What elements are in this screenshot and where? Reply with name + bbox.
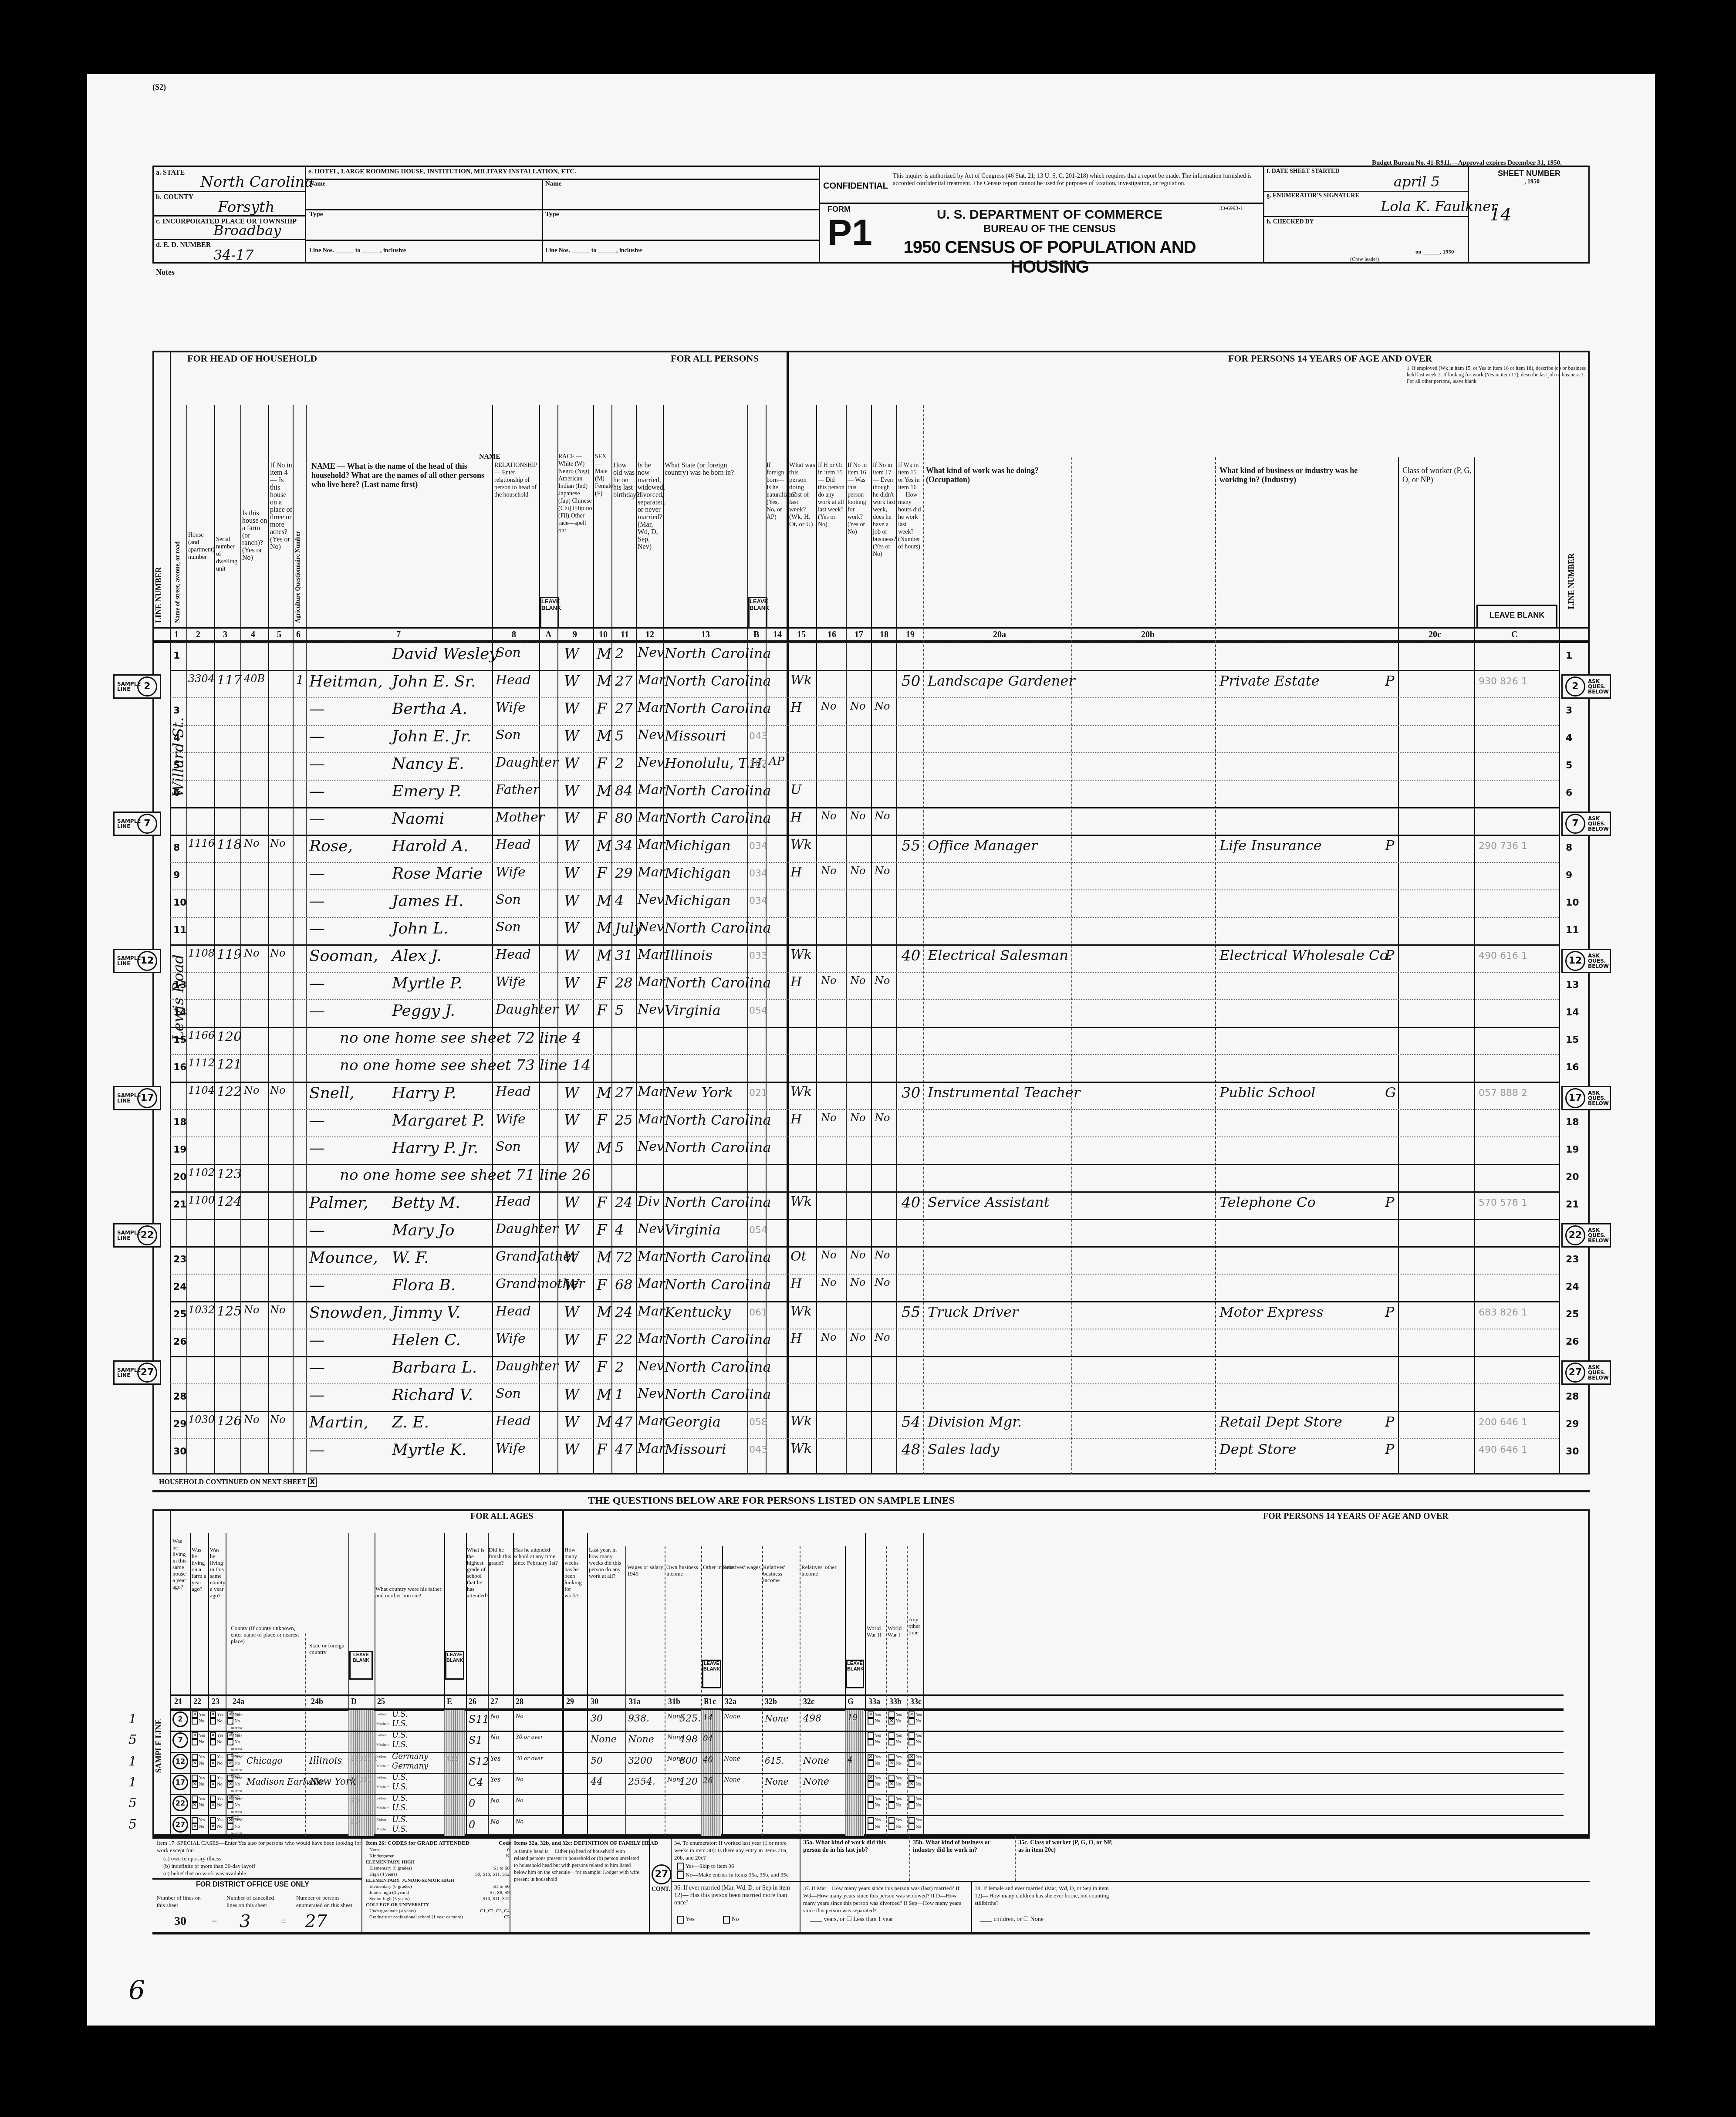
code-D: 33 210 [350,1776,372,1783]
q22-farm-yes-box[interactable] [210,1817,216,1823]
sheet-number: 14 [1489,205,1512,225]
q22-farm-yes-box[interactable] [210,1775,216,1781]
other-service-no-box[interactable] [909,1739,915,1745]
ww1-service[interactable]: Yes No [888,1732,902,1745]
sample-col-number: 31a [629,1697,641,1706]
line-number: 19 [173,1144,187,1155]
birthplace: Michigan [665,865,731,881]
sex: F [597,755,607,772]
finished-grade: No [490,1713,500,1720]
table-row: 16161112121no one home see sheet 73 line… [87,1054,1655,1082]
col-10-header: SEX — Male (M) Female (F) [595,453,611,497]
birthplace: North Carolina [665,974,771,991]
ww1-service[interactable]: Yes No [888,1817,902,1830]
line-number-right: 5 [1566,760,1572,771]
q38-answer-line[interactable]: ____ children, or ☐ None [980,1916,1044,1923]
column-number: 13 [701,630,710,640]
did-any-work: No [821,1249,836,1261]
q21-same-house-yes-box[interactable] [192,1796,198,1802]
q36-yes-option[interactable]: Yes [677,1916,694,1924]
on-farm: No [244,1304,259,1316]
sample-line-marker: SAMPLE LINE12 [113,949,161,973]
on-farm: No [244,1414,259,1426]
has-job: No [875,974,890,987]
other-service-yes-box[interactable] [909,1775,915,1781]
q36-no-option[interactable]: No [723,1916,739,1924]
q22-farm-no-box[interactable]: ✕ [210,1802,216,1809]
sample-line-circle: 27 [137,1363,157,1383]
q22-farm[interactable]: ✕ Yes No [210,1732,223,1745]
birthplace: Illinois [665,947,713,964]
q21-same-house-yes-box[interactable] [192,1754,198,1760]
q37-answer-line[interactable]: ____ years, or ☐ Less than 1 year [810,1916,893,1923]
sample-col-number: 29 [566,1697,574,1706]
ww1-service-yes-box[interactable] [888,1732,895,1739]
lines-on-sheet-value: 30 [174,1914,186,1928]
dwelling-serial: 122 [217,1084,242,1099]
age: 5 [615,727,624,744]
age: 2 [615,755,624,771]
surname: — [309,782,325,800]
ww1-service-no-box[interactable]: ✕ [888,1781,895,1788]
sample-line-label: SAMPLE LINE [117,681,135,692]
race: W [564,837,579,855]
q21-same-house[interactable]: Yes✕ No [192,1817,205,1830]
county-label: County: [231,1794,243,1801]
sample-col-header-32c: Relatives' other income [801,1564,843,1577]
q22-farm-no-box[interactable] [210,1718,216,1725]
race: W [564,1112,579,1129]
table-row: 25251032125NoNoSnowden,Jimmy V.HeadWM24M… [87,1301,1655,1329]
table-row: 15151166120no one home see sheet 72 line… [87,1027,1655,1054]
grade-code-label: None [366,1847,380,1853]
relationship: Head [496,1304,531,1319]
ww2-service-yes-box[interactable]: ✕ [868,1711,874,1718]
ww2-service-no-box[interactable] [868,1739,874,1745]
sample-col-header-30: Last year, in how many weeks did this pe… [589,1546,625,1579]
occupation: Service Assistant [928,1194,1050,1211]
other-service[interactable]: ✕ Yes No [909,1754,922,1767]
ww1-service-no-box[interactable] [888,1823,895,1830]
county-label: County: [231,1710,243,1717]
given-name: Richard V. [392,1386,473,1404]
census-title: 1950 CENSUS OF POPULATION AND HOUSING [862,238,1237,277]
other-service-no-box[interactable]: ✕ [909,1781,915,1788]
surname: Mounce, [309,1249,378,1267]
other-service-no-box[interactable] [909,1718,915,1725]
institution-type-label-2: Type [545,211,559,218]
other-service[interactable]: Yes✕ No [909,1775,922,1788]
sample-col-header-23: Was he living in this same county a year… [210,1546,225,1599]
ww2-service-no-box[interactable] [868,1718,874,1725]
birthplace-code: 034 [749,841,767,852]
attended-school: 30 or over [516,1755,543,1762]
house-number: 1102 [188,1167,215,1179]
industry: Life Insurance [1219,837,1322,854]
sample-col-number: 24a [233,1697,244,1706]
given-name: James H. [392,892,463,910]
other-service-no-box[interactable] [909,1760,915,1767]
q21-same-house-yes-box[interactable] [192,1817,198,1823]
q22-farm[interactable]: Yes✕ No [210,1817,223,1830]
relationship: Wife [496,974,526,990]
household-continued-checkbox[interactable]: X [308,1478,317,1487]
ww2-service[interactable]: Yes No [868,1796,881,1809]
given-name: John L. [392,920,448,937]
q22-farm-yes-box[interactable] [210,1796,216,1802]
birthplace: Missouri [665,727,726,744]
relationship: Son [496,727,521,743]
line-number: 14 [173,1007,187,1018]
ww1-service[interactable]: Yes✕ No [888,1754,902,1767]
line-number-right: 18 [1566,1117,1579,1128]
age: 2 [615,1359,624,1375]
ww2-service[interactable]: Yes No [868,1817,881,1830]
table-row: 99—Rose MarieWifeWF29MarMichigan034HNoNo… [87,862,1655,889]
other-service[interactable]: ✕ Yes No [909,1711,922,1725]
sample-col-header-21: Was he living in this same house a year … [172,1538,188,1590]
margin-mark-6: 6 [128,1975,145,2006]
given-name: Emery P. [392,782,461,800]
age: 47 [615,1441,633,1458]
ww2-service-no-box[interactable] [868,1823,874,1830]
state-value: North Carolina [200,173,314,191]
sample-col-header-22: Was he living on a farm a year ago? [192,1546,207,1592]
relationship: Wife [496,865,526,880]
occupation: Sales lady [928,1441,1000,1458]
other-service-no-box[interactable] [909,1823,915,1830]
q22-farm-no-box[interactable]: ✕ [210,1823,216,1830]
sample-line-label: SAMPLE LINE [117,1093,135,1103]
sex: F [597,1441,607,1458]
grade-code-item: High (4 years)S9, S10, S11, S12 [366,1871,510,1877]
mother-label: Mother: [376,1762,389,1770]
other-service-yes-box[interactable]: ✕ [909,1711,915,1718]
sample-col-number: 22 [193,1697,201,1706]
surname: — [309,892,325,910]
given-name: Rose Marie [392,865,483,883]
industry: Telephone Co [1219,1194,1316,1211]
sex: F [597,1276,607,1294]
notes-label: Notes [156,268,175,277]
name-header: NAME [479,453,500,461]
ww1-service-yes-box[interactable] [888,1754,895,1760]
line-number-right: 1 [1566,650,1572,661]
other-service-yes-box[interactable] [909,1796,915,1802]
grade-code-item: Graduate or professional school (1 year … [366,1914,510,1920]
ask-ques-label: ASK QUES. BELOW [1588,816,1607,832]
q34-yes-option[interactable]: Yes—Skip to item 36 [677,1862,734,1870]
ww2-service-yes-box[interactable]: ✕ [868,1754,874,1760]
house-number: 1104 [188,1084,215,1096]
q21-same-house[interactable]: Yes✕ No [192,1775,205,1788]
did-any-work: No [821,1112,836,1124]
q21-same-house-yes-box[interactable]: ✕ [192,1732,198,1739]
q34-no-option[interactable]: No—Make entries in items 35a, 35b, and 3… [677,1871,789,1879]
hours-worked: 40 [902,947,920,964]
three-acres: No [270,837,285,849]
line-number-vertical-right: LINE NUMBER [1568,553,1577,609]
column-number: 18 [880,630,888,640]
race: W [564,645,579,663]
has-job: No [875,1249,890,1261]
sample-row: 117 Yes✕ No Yes✕ No Yes✕ NoCounty:or nea… [87,1773,1655,1794]
marital-status: Nev [638,1359,664,1374]
relatives-other: 498 [803,1713,821,1724]
sample-line-marker: SAMPLE LINE17 [113,1086,161,1110]
relatives-other: None [803,1755,829,1766]
ww1-service-no-box[interactable]: ✕ [888,1760,895,1767]
ww2-service[interactable]: ✕ Yes No [868,1775,881,1788]
birthplace-code: 033 [749,950,767,961]
ww1-service-no-box[interactable]: ✕ [888,1718,895,1725]
industry: Dept Store [1219,1441,1296,1458]
dwelling-serial: 120 [217,1029,242,1045]
q22-farm-yes-box[interactable] [210,1754,216,1760]
sample-col-number: 30 [591,1697,598,1706]
dwelling-serial: 117 [217,673,242,688]
mother-birthplace: Germany [392,1762,428,1771]
sex: F [597,1112,607,1129]
department: U. S. DEPARTMENT OF COMMERCE [915,207,1185,222]
q21-same-house-no-box[interactable]: ✕ [192,1823,198,1830]
father-birthplace: U.S. [392,1815,408,1824]
grade-code-item: Elementary (6 grades)S1 to S6 [366,1884,510,1890]
other-service-no-box[interactable] [909,1802,915,1809]
institution-label: e. HOTEL, LARGE ROOMING HOUSE, INSTITUTI… [308,168,576,176]
col-3-header: Serial number of dwelling unit [216,536,240,573]
highest-grade: S11 [469,1713,489,1725]
q22-farm-yes-box[interactable]: ✕ [210,1732,216,1739]
birthplace: North Carolina [665,645,771,662]
marital-status: Nev [638,645,664,660]
on-farm: No [244,837,259,849]
sample-line-label: SAMPLE LINE [117,956,135,966]
occupation-code: 290 736 1 [1479,841,1527,852]
marital-status: Nev [638,755,664,770]
sample-line-circle: 22 [172,1796,188,1811]
q36-text: 36. If ever married (Mar, Wd, D, or Sep … [674,1884,796,1907]
enumerator-signature: Lola K. Faulkner [1381,198,1497,215]
q22-farm[interactable]: Yes✕ No [210,1775,223,1788]
line-number-right: 30 [1566,1446,1579,1457]
q36-no-checkbox[interactable] [723,1916,730,1924]
sample-col-number: D [351,1697,357,1706]
ww1-service-no-box[interactable] [888,1802,895,1809]
other-service-yes-box[interactable] [909,1817,915,1823]
q34-yes-checkbox[interactable] [677,1863,684,1870]
sheet-number-label: SHEET NUMBER [1470,169,1588,178]
cont-marker: 27 [652,1864,672,1884]
ww2-service-yes-box[interactable] [868,1796,874,1802]
age: 47 [615,1414,633,1430]
page-stamp: (S2) [152,83,166,92]
q22-farm-no-box[interactable]: ✕ [210,1760,216,1767]
q21-same-house-no-box[interactable]: ✕ [192,1781,198,1788]
col-2-header: House (and apartment) number [188,531,214,561]
other-service-yes-box[interactable] [909,1732,915,1739]
institution-name-label-2: Name [545,180,562,188]
q21-same-house-no-box[interactable]: ✕ [192,1802,198,1809]
father-birthplace: U.S. [392,1794,408,1803]
relationship: Head [496,947,531,962]
q35c-text: 35c. Class of worker (P, G, O, or NP, as… [1018,1839,1114,1854]
surname: Palmer, [309,1194,368,1212]
line-number-right: 3 [1566,705,1572,716]
ww1-service-yes-box[interactable] [888,1817,895,1823]
column-number: 19 [906,630,915,640]
all-persons-header: FOR ALL PERSONS [671,353,759,364]
marital-status: Nev [638,727,664,743]
mother-label: Mother: [376,1804,389,1812]
q22-farm-no-box[interactable]: ✕ [210,1781,216,1788]
table-row: 881116118NoNoRose,Harold A.HeadWM34MarMi… [87,835,1655,862]
column-number: A [545,630,551,640]
q21-same-house-no-box[interactable]: ✕ [192,1760,198,1767]
grade-code-label: Graduate or professional school (1 year … [366,1914,463,1920]
ww2-service[interactable]: ✕ Yes No [868,1754,881,1767]
sex: M [597,1386,612,1403]
line-number-right: 21 [1566,1199,1579,1210]
line-number: 25 [173,1309,187,1320]
institution-name-label-1: Name [309,180,326,188]
occupation-code: 683 826 1 [1479,1307,1527,1318]
ww2-service-yes-box[interactable]: ✕ [868,1775,874,1781]
district-office-title: FOR DISTRICT OFFICE USE ONLY [196,1881,309,1889]
father-label: Father: [376,1711,388,1718]
age: 68 [615,1276,633,1293]
marital-status: Mar [638,865,665,880]
ask-questions-marker: 2ASK QUES. BELOW [1561,674,1611,699]
q21-same-house[interactable]: Yes✕ No [192,1754,205,1767]
col-16-header: If H or Ot in item 15— Did this person d… [818,462,845,528]
column-number: 4 [251,630,255,640]
q22-farm[interactable]: ✕ Yes No [210,1711,223,1725]
grade-code-item: ELEMENTARY, JUNIOR-SENIOR HIGH [366,1877,510,1884]
father-label: Father: [376,1816,388,1823]
hours-worked: 30 [902,1084,920,1102]
birthplace-code: 043 [749,731,767,742]
ww2-service-no-box[interactable] [868,1781,874,1788]
ww2-service-yes-box[interactable] [868,1732,874,1739]
ww2-service-no-box[interactable] [868,1760,874,1767]
age: 2 [615,645,624,662]
race: W [564,1194,579,1211]
ww1-service-yes-box[interactable] [888,1711,895,1718]
grade-code-item: Senior high (3 years)S10, S11, S12 [366,1896,510,1902]
looking-for-work: No [850,974,865,987]
column-number: 16 [827,630,836,640]
col-17-header: If No in item 16— Was this person lookin… [848,462,870,536]
confidential-label: CONFIDENTIAL [823,181,888,191]
relationship: Daughter [496,1221,558,1237]
col-5-header: If No in item 4— Is this house on a plac… [270,462,294,551]
father-birthplace: U.S. [392,1731,408,1740]
q21-same-house[interactable]: ✕ Yes No [192,1711,205,1725]
relationship: Son [496,1386,521,1401]
ww1-service-yes-box[interactable] [888,1775,895,1781]
birthplace: North Carolina [665,1386,771,1403]
county-label: County: [231,1815,243,1823]
hours-worked: 50 [902,673,920,690]
father-label: Father: [376,1753,388,1760]
q34-no-checkbox[interactable] [677,1871,684,1879]
other-service-yes-box[interactable]: ✕ [909,1754,915,1760]
ww1-service-yes-box[interactable] [888,1796,895,1802]
grade-code-label: Junior high (3 years) [366,1890,409,1896]
ww1-service[interactable]: Yes No [888,1796,902,1809]
age: 34 [615,837,633,854]
sample-margin-mark: 5 [128,1817,137,1832]
other-service[interactable]: Yes No [909,1732,922,1745]
sex: F [597,1331,607,1349]
ww2-service[interactable]: Yes No [868,1732,881,1745]
q21-same-house-no-box[interactable] [192,1718,198,1725]
q21-same-house-yes-box[interactable]: ✕ [192,1711,198,1718]
given-name: Bertha A. [392,700,467,718]
q22-farm-yes-box[interactable]: ✕ [210,1711,216,1718]
other-service[interactable]: Yes No [909,1817,922,1830]
q22-farm[interactable]: Yes✕ No [210,1796,223,1809]
col-20b-header: What kind of business or industry was he… [1219,466,1363,484]
relationship: Wife [496,1112,526,1127]
age: 4 [615,892,624,909]
family-head-title: Items 32a, 32b, and 32c: DEFINITION OF F… [514,1839,658,1846]
q21-same-house-no-box[interactable] [192,1739,198,1745]
q22-farm-no-box[interactable] [210,1739,216,1745]
other-service[interactable]: Yes No [909,1796,922,1809]
father-birthplace: U.S. [392,1710,408,1719]
activity-last-week: Wk [790,837,812,852]
sex: F [597,1221,607,1239]
line-number: 13 [173,980,187,991]
birthplace: North Carolina [665,920,771,936]
table-row: 11David WesleySonWM2NevNorth Carolina [87,643,1655,670]
birthplace: North Carolina [665,1194,771,1211]
ww2-service-yes-box[interactable] [868,1817,874,1823]
no-one-home-note: no one home see sheet 73 line 14 [340,1057,591,1074]
relationship: Daughter [496,1002,558,1017]
marital-status: Nev [638,1386,664,1401]
column-number: 20c [1429,630,1441,640]
column-number: B [753,630,759,640]
q21-same-house[interactable]: ✕ Yes No [192,1732,205,1745]
q21-same-house-yes-box[interactable] [192,1775,198,1781]
surname: — [309,865,325,883]
birthplace: North Carolina [665,1276,771,1293]
sample-col-header-32b: Relatives' business income [763,1564,799,1583]
activity-last-week: H [790,974,802,990]
q22-farm[interactable]: Yes✕ No [210,1754,223,1767]
activity-last-week: H [790,865,802,880]
surname: — [309,727,325,745]
occupation: Office Manager [928,837,1037,854]
ww1-service[interactable]: Yes✕ No [888,1711,902,1725]
surname: — [309,810,325,828]
birthplace: Virginia [665,1221,721,1238]
marital-status: Nev [638,1002,664,1017]
sample-col-number: 33b [889,1697,902,1706]
ww2-service[interactable]: ✕ Yes No [868,1711,881,1725]
q21-same-house[interactable]: Yes✕ No [192,1796,205,1809]
grade-code-label: COLLEGE OR UNIVERSITY [366,1902,429,1908]
mother-birthplace: U.S. [392,1825,408,1834]
ww1-service[interactable]: Yes✕ No [888,1775,902,1788]
q36-yes-checkbox[interactable] [677,1916,684,1924]
ww2-service-no-box[interactable] [868,1802,874,1809]
ww1-service-no-box[interactable] [888,1739,895,1745]
industry: Electrical Wholesale Co. [1219,947,1392,964]
